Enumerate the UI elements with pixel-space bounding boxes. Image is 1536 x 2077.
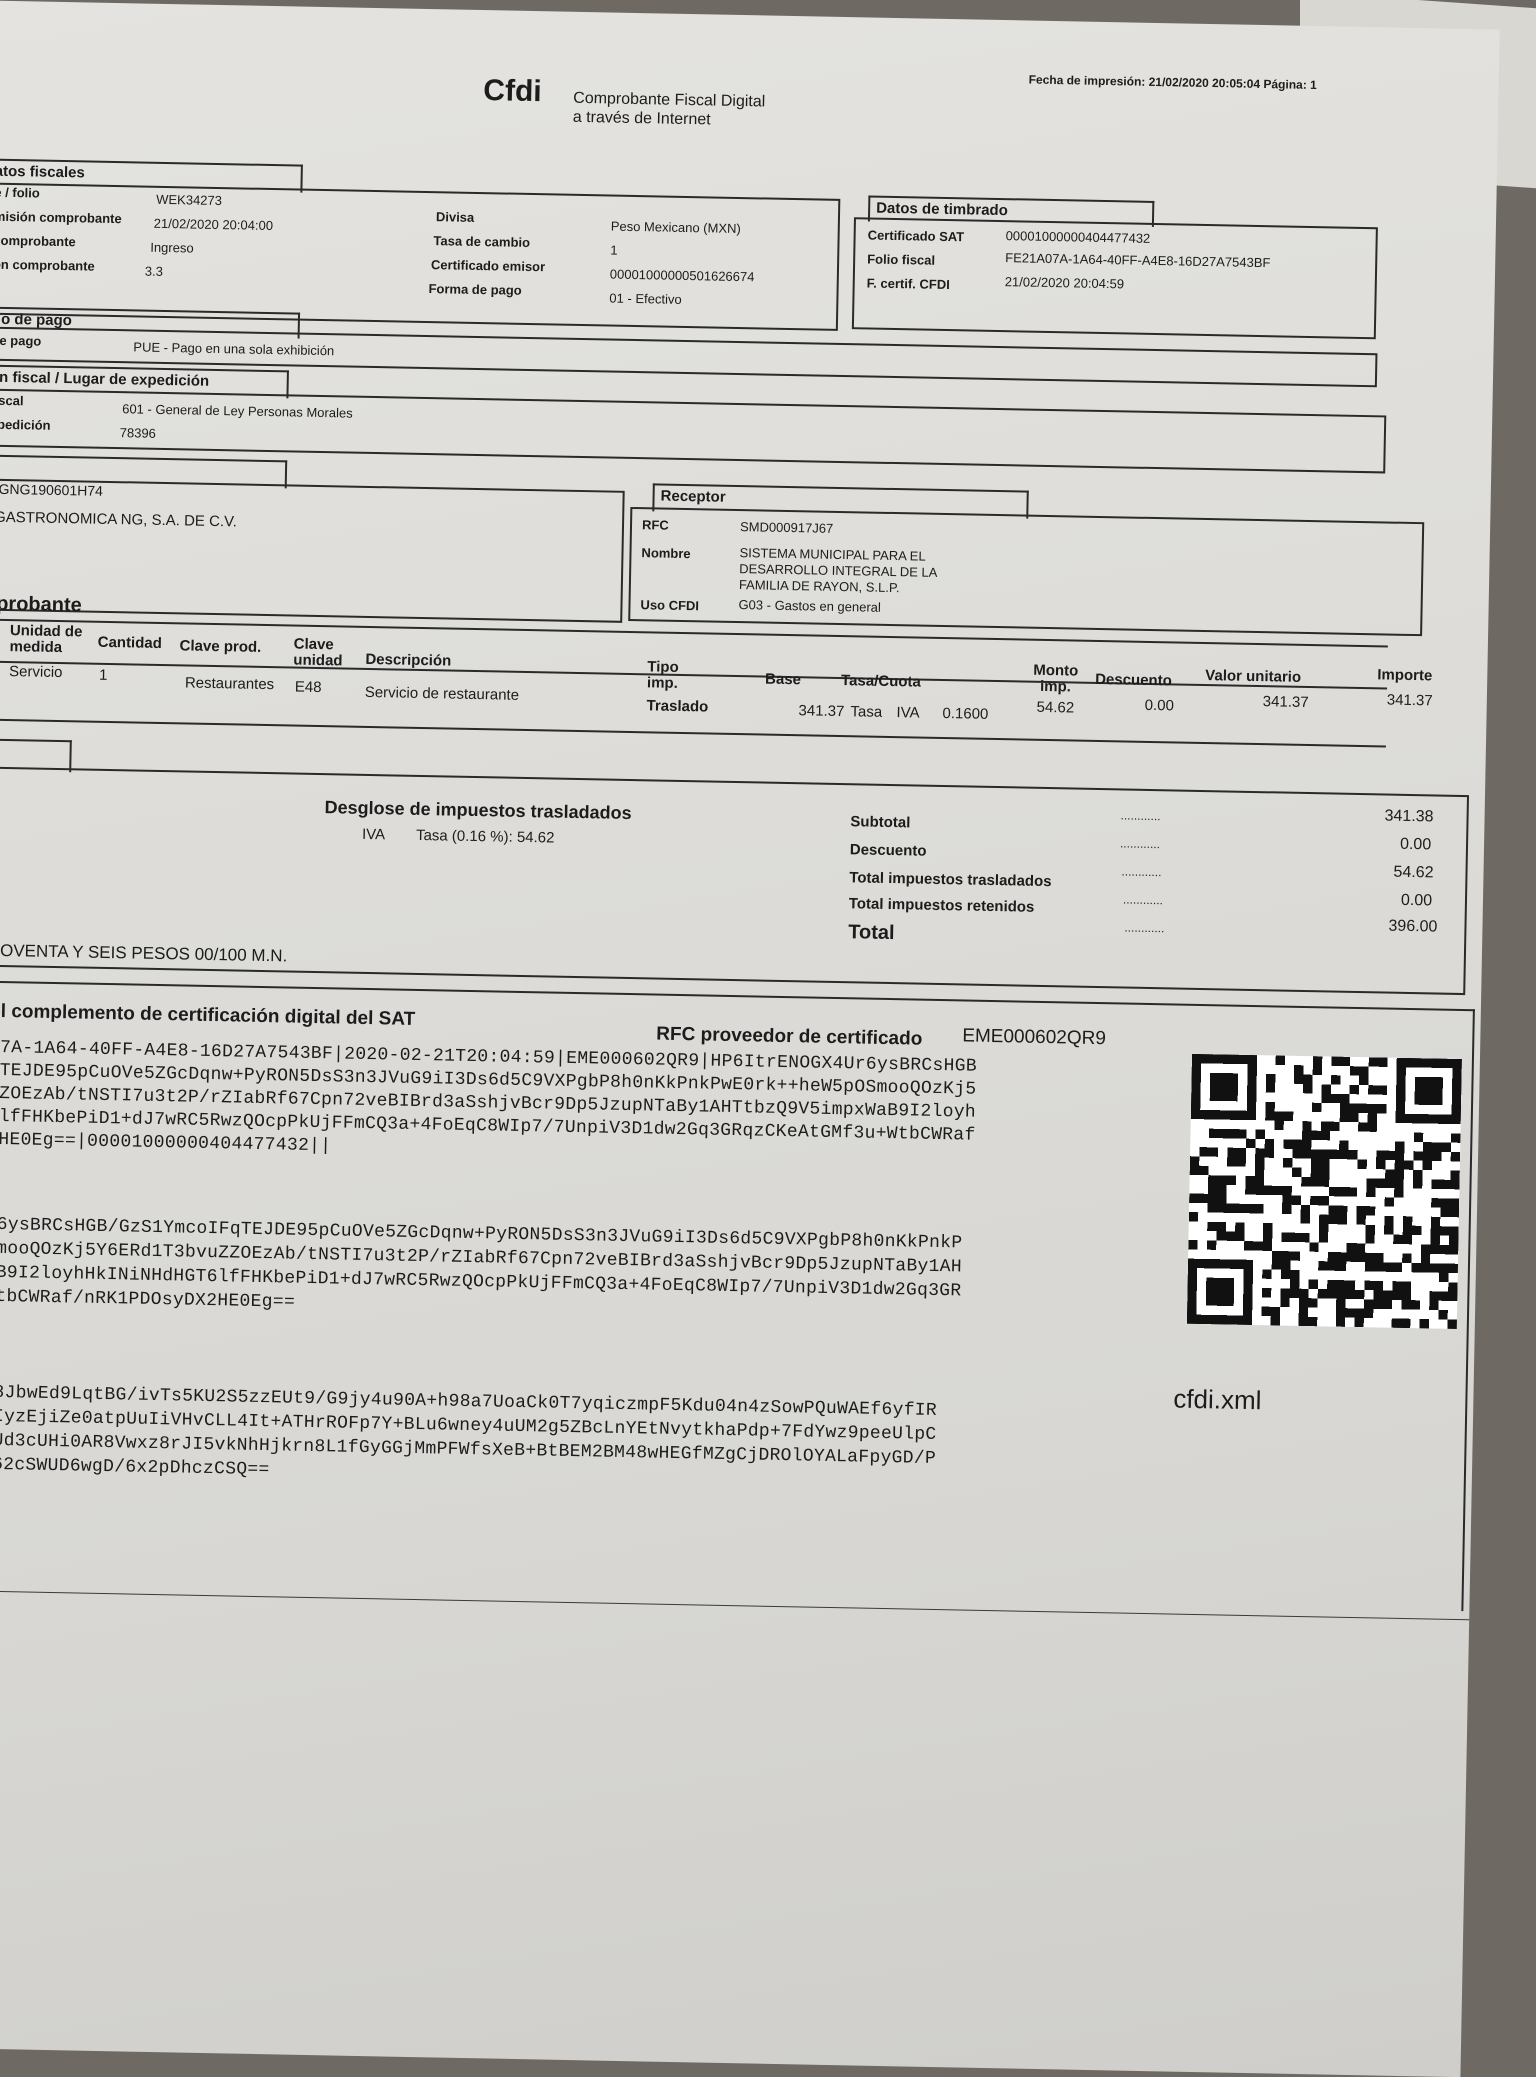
desglose-tax: IVA [362, 826, 385, 843]
forma-pago-value: 01 - Efectivo [609, 291, 682, 307]
subtotal-label: Subtotal [850, 813, 910, 831]
version-label: ón comprobante [0, 257, 95, 274]
col-clave-prod: Clave prod. [179, 638, 261, 656]
row-descripcion: Servicio de restaurante [365, 684, 520, 704]
row-tipo: Traslado [646, 697, 708, 715]
emisor-rfc: GNG190601H74 [0, 481, 103, 499]
col-descuento: Descuento [1095, 672, 1172, 689]
cadena-original: A07A-1A64-40FF-A4E8-16D27A7543BF|2020-02… [0, 1037, 977, 1171]
fecha-emision-label: misión comprobante [0, 209, 122, 226]
table-row: Servicio 1 Restaurantes E48 Servicio de … [0, 0, 1500, 30]
certificado-emisor-value: 00001000000501626674 [610, 267, 755, 285]
conceptos-title: mprobante [0, 592, 82, 617]
retenidos-value: 0.00 [1401, 892, 1432, 911]
receptor-nombre-3: FAMILIA DE RAYON, S.L.P. [739, 577, 900, 595]
subtotal-value: 341.38 [1384, 808, 1433, 827]
header-subtitle-2: a través de Internet [573, 109, 711, 130]
fecha-emision-value: 21/02/2020 20:04:00 [154, 216, 274, 233]
forma-pago-label: Forma de pago [428, 281, 521, 298]
emisor-box [0, 478, 625, 622]
row-clave-prod: Restaurantes [185, 674, 275, 693]
row-valor-unitario: 341.37 [1263, 693, 1309, 711]
sello-cfdi: jA8JbwEd9LqtBG/ivTs5KU2S5zzEUt9/G9jy4u90… [0, 1380, 937, 1495]
receptor-rfc: SMD000917J67 [740, 519, 834, 536]
serie-folio-label: e / folio [0, 185, 40, 201]
row-importe: 341.37 [1387, 692, 1433, 710]
retenidos-dots: ............ [1123, 892, 1163, 907]
divisa-label: Divisa [436, 209, 475, 225]
row-unidad: Servicio [9, 663, 63, 681]
receptor-nombre-label: Nombre [641, 545, 690, 561]
col-importe: Importe [1377, 667, 1432, 684]
desglose-detail: Tasa (0.16 %): 54.62 [416, 827, 555, 847]
tipo-comprobante-label: comprobante [0, 233, 76, 250]
col-tipo: Tipoimp. [647, 659, 679, 692]
row-tasa: 0.1600 [942, 705, 988, 723]
tipo-comprobante-value: Ingreso [150, 240, 194, 256]
certificado-emisor-label: Certificado emisor [431, 257, 545, 274]
receptor-rfc-label: RFC [642, 517, 669, 533]
certificado-sat-value: 00001000000404477432 [1006, 228, 1151, 246]
total-label: Total [848, 921, 895, 945]
uso-cfdi-value: G03 - Gastos en general [738, 597, 881, 615]
total-value: 396.00 [1388, 918, 1437, 937]
certificado-sat-label: Certificado SAT [868, 227, 965, 244]
tasa-cambio-label: Tasa de cambio [433, 233, 530, 250]
row-base: 341.37 [798, 702, 844, 720]
col-tasa-cuota: Tasa/Cuota [841, 673, 921, 691]
sello-sat: Ur6ysBRCsHGB/GzS1YmcoIFqTEJDE95pCuOVe5ZG… [0, 1213, 963, 1328]
invoice-page: Cfdi Comprobante Fiscal Digital a través… [0, 0, 1500, 2048]
fecha-certificacion-label: F. certif. CFDI [867, 275, 950, 292]
version-value: 3.3 [145, 264, 163, 279]
trasladados-dots: ............ [1121, 864, 1161, 879]
regimen-fiscal-label: fiscal [0, 393, 24, 409]
row-clave-unidad: E48 [295, 679, 322, 697]
folio-fiscal-label: Folio fiscal [867, 251, 935, 267]
tasa-cambio-value: 1 [610, 243, 618, 258]
row-tasa-cuota: Tasa [850, 703, 882, 721]
total-dots: ............ [1124, 921, 1164, 936]
descuento-value: 0.00 [1400, 836, 1431, 855]
col-unidad: Unidad demedida [9, 623, 82, 656]
serie-folio-value: WEK34273 [156, 192, 222, 208]
lugar-expedicion-value: 78396 [120, 425, 156, 441]
retenidos-label: Total impuestos retenidos [849, 895, 1035, 916]
trasladados-value: 54.62 [1393, 864, 1433, 883]
col-base: Base [765, 672, 801, 689]
row-cantidad: 1 [99, 667, 108, 684]
cfdi-xml-label: cfdi.xml [1173, 1384, 1262, 1417]
divisa-value: Peso Mexicano (MXN) [611, 219, 741, 236]
row-monto: 54.62 [1036, 699, 1074, 717]
uso-cfdi-label: Uso CFDI [640, 597, 699, 613]
metodo-pago-label: de pago [0, 333, 41, 349]
row-impuesto: IVA [896, 704, 919, 721]
descuento-label: Descuento [850, 841, 927, 859]
fecha-certificacion-value: 21/02/2020 20:04:59 [1005, 274, 1125, 291]
lugar-expedicion-label: xpedición [0, 417, 51, 433]
cfdi-logo: Cfdi [483, 74, 542, 109]
rfc-proveedor-value: EME000602QR9 [962, 1025, 1106, 1050]
subtotal-dots: ............ [1120, 808, 1160, 823]
header-subtitle-1: Comprobante Fiscal Digital [573, 90, 765, 112]
col-monto: Montoimp. [1033, 663, 1079, 696]
col-cantidad: Cantidad [98, 635, 162, 652]
qr-code-icon [1187, 1054, 1462, 1329]
print-date: Fecha de impresión: 21/02/2020 20:05:04 … [1029, 73, 1317, 93]
col-descripcion: Descripción [365, 652, 451, 670]
col-valor-unitario: Valor unitario [1205, 668, 1301, 686]
descuento-dots: ............ [1120, 836, 1160, 851]
col-clave-unidad: Claveunidad [293, 637, 343, 670]
conceptos-bottom-rule [0, 718, 1386, 747]
row-descuento: 0.00 [1145, 697, 1175, 715]
